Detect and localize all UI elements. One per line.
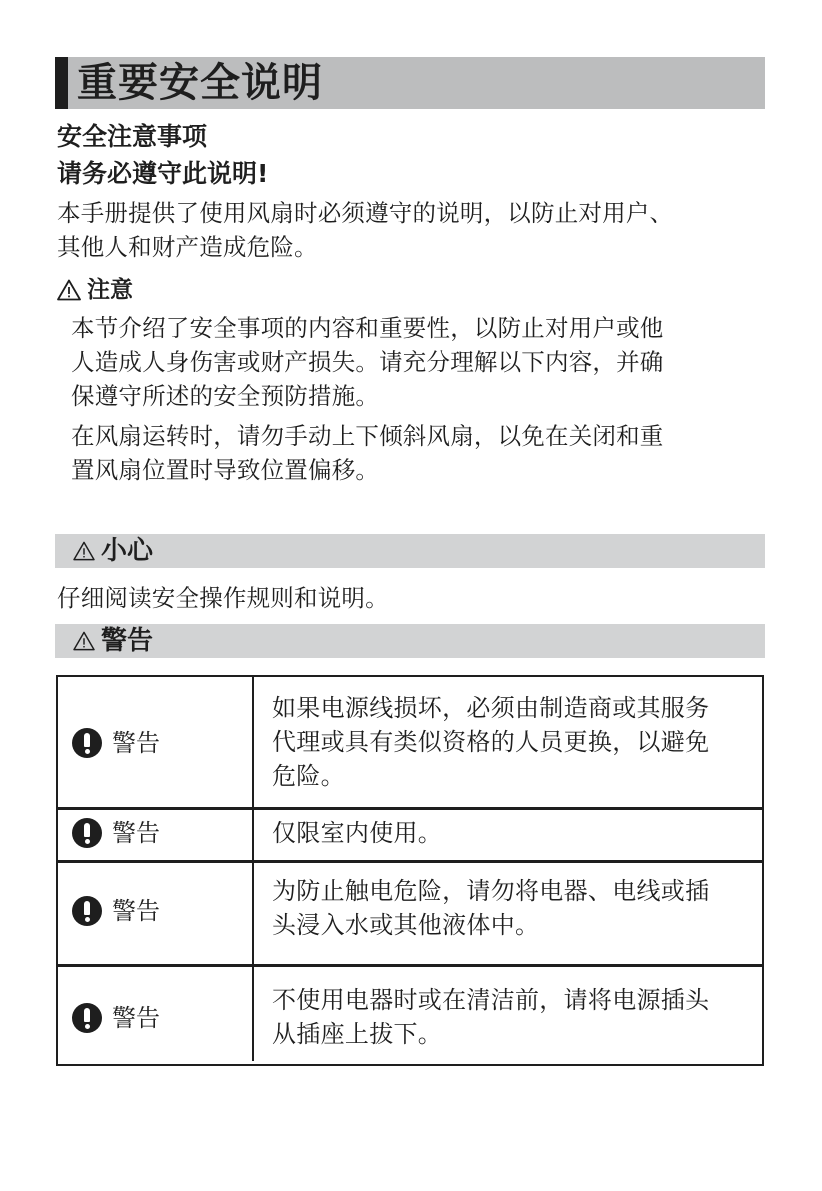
safety-intro: 本手册提供了使用风扇时必须遵守的说明，以防止对用户、 其他人和财产造成危险。	[57, 196, 673, 264]
safety-subheading: 请务必遵守此说明!	[57, 158, 268, 190]
table-row-text: 仅限室内使用。	[272, 816, 752, 850]
text-line: 保遵守所述的安全预防措施。	[71, 379, 664, 413]
row-divider	[58, 807, 762, 810]
row-divider	[58, 860, 762, 863]
row-label: 警告	[112, 728, 160, 758]
title-accent-strip	[55, 57, 68, 109]
warning-triangle-icon	[73, 541, 95, 561]
table-row-text: 不使用电器时或在清洁前，请将电源插头 从插座上拔下。	[272, 983, 752, 1051]
table-row-label: 警告	[72, 728, 160, 758]
row-label: 警告	[112, 896, 160, 926]
text-line: 置风扇位置时导致位置偏移。	[71, 453, 664, 487]
text-line: 在风扇运转时，请勿手动上下倾斜风扇，以免在关闭和重	[71, 419, 664, 453]
page-title: 重要安全说明	[77, 60, 323, 106]
table-row-label: 警告	[72, 818, 160, 848]
table-row-label: 警告	[72, 1003, 160, 1033]
caution-label: 小心	[101, 534, 153, 568]
exclamation-circle-icon	[72, 896, 102, 926]
table-row-text: 为防止触电危险，请勿将电器、电线或插 头浸入水或其他液体中。	[272, 874, 752, 942]
text-line: 人造成人身伤害或财产损失。请充分理解以下内容，并确	[71, 345, 664, 379]
text-line: 从插座上拔下。	[272, 1017, 752, 1051]
note-label: 注意	[87, 275, 133, 305]
text-line: 头浸入水或其他液体中。	[272, 908, 752, 942]
warning-label: 警告	[101, 624, 153, 658]
text-line: 本节介绍了安全事项的内容和重要性，以防止对用户或他	[71, 311, 664, 345]
exclamation-circle-icon	[72, 1003, 102, 1033]
table-row-text: 如果电源线损坏，必须由制造商或其服务 代理或具有类似资格的人员更换，以避免 危险…	[272, 691, 752, 793]
warning-triangle-icon	[73, 631, 95, 651]
text-line: 如果电源线损坏，必须由制造商或其服务	[272, 691, 752, 725]
row-divider	[58, 964, 762, 967]
warning-table: 警告 如果电源线损坏，必须由制造商或其服务 代理或具有类似资格的人员更换，以避免…	[56, 675, 764, 1066]
warning-triangle-icon	[57, 279, 81, 301]
text-line: 危险。	[272, 759, 752, 793]
table-row-label: 警告	[72, 896, 160, 926]
row-label: 警告	[112, 1003, 160, 1033]
text-line: 不使用电器时或在清洁前，请将电源插头	[272, 983, 752, 1017]
exclamation-circle-icon	[72, 728, 102, 758]
warning-band: 警告	[55, 624, 765, 658]
column-divider	[252, 677, 254, 1061]
safety-heading: 安全注意事项	[57, 121, 207, 153]
text-line: 其他人和财产造成危险。	[57, 230, 673, 264]
text-line: 本手册提供了使用风扇时必须遵守的说明，以防止对用户、	[57, 196, 673, 230]
text-line: 为防止触电危险，请勿将电器、电线或插	[272, 874, 752, 908]
exclamation-circle-icon	[72, 818, 102, 848]
caution-band: 小心	[55, 534, 765, 568]
note-heading: 注意	[57, 275, 133, 305]
text-line: 代理或具有类似资格的人员更换，以避免	[272, 725, 752, 759]
text-line: 仅限室内使用。	[272, 816, 752, 850]
row-label: 警告	[112, 818, 160, 848]
note-paragraph-2: 在风扇运转时，请勿手动上下倾斜风扇，以免在关闭和重 置风扇位置时导致位置偏移。	[71, 419, 664, 487]
title-bar: 重要安全说明	[55, 57, 765, 109]
caution-text: 仔细阅读安全操作规则和说明。	[57, 581, 389, 615]
note-paragraph-1: 本节介绍了安全事项的内容和重要性，以防止对用户或他 人造成人身伤害或财产损失。请…	[71, 311, 664, 413]
